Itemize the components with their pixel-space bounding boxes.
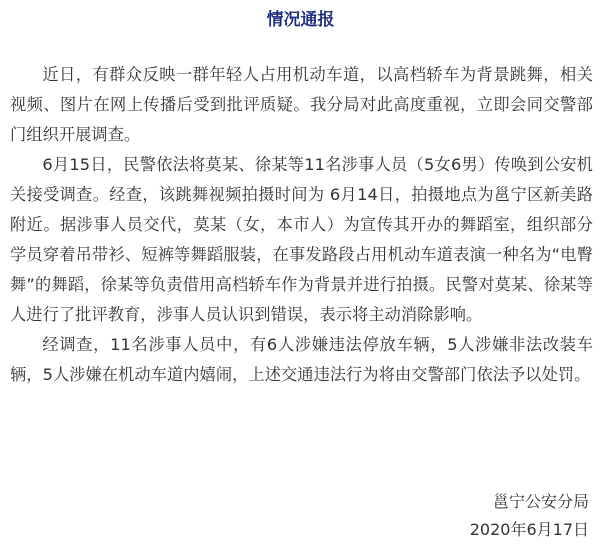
signature-organization: 邕宁公安分局 — [493, 490, 589, 514]
notice-body: 近日，有群众反映一群年轻人占用机动车道，以高档轿车为背景跳舞，相关视频、图片在网… — [10, 60, 593, 390]
signature-date: 2020年6月17日 — [470, 518, 589, 542]
paragraph-3: 经调查，11名涉事人员中，有6人涉嫌违法停放车辆，5人涉嫌非法改装车辆，5人涉嫌… — [10, 330, 593, 390]
paragraph-2: 6月15日，民警依法将莫某、徐某等11名涉事人员（5女6男）传唤到公安机关接受调… — [10, 150, 593, 330]
paragraph-1: 近日，有群众反映一群年轻人占用机动车道，以高档轿车为背景跳舞，相关视频、图片在网… — [10, 60, 593, 150]
notice-title: 情况通报 — [0, 8, 601, 32]
